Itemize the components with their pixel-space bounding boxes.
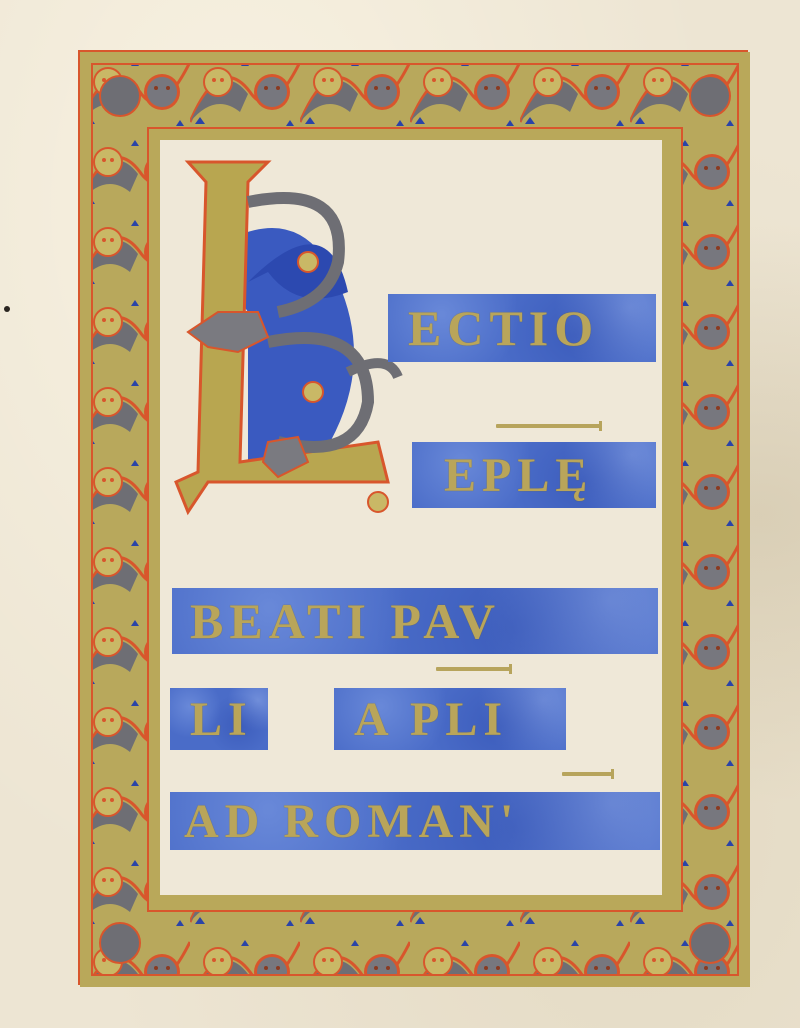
text-band-beati: BEATI PAV [172,588,658,654]
abbreviation-mark [562,772,614,776]
text-band-apli: A PLI [334,688,566,750]
text-ad-roman: AD ROMAN' [184,794,519,849]
ink-stain [4,306,10,312]
abbreviation-mark [496,424,602,428]
text-band-lectio: ECTIO [388,294,656,362]
text-beati-pau: BEATI PAV [190,592,501,650]
text-band-li: LI [170,688,268,750]
text-eple: EPLĘ [444,448,593,503]
text-apli: A PLI [354,692,508,747]
abbreviation-mark [436,667,512,671]
illuminated-initial-l-icon [148,142,408,522]
text-band-eple: EPLĘ [412,442,656,508]
text-lectio: ECTIO [408,299,599,357]
text-band-adroman: AD ROMAN' [170,792,660,850]
text-li: LI [190,692,253,747]
manuscript-page: ECTIO EPLĘ BEATI PAV LI A PLI AD ROMAN' [0,0,800,1028]
